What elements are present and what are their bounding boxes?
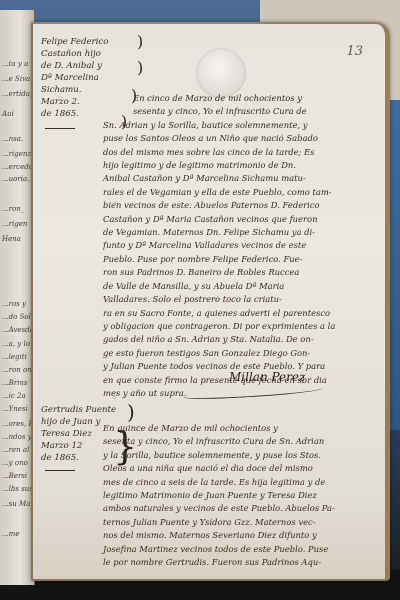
entry-line: gados del niño a Sn. Adrian y Sta. Natal…: [103, 333, 373, 346]
left-page-fragment: ...nsa.: [2, 135, 23, 143]
entry-line: ge esto fueron testigos San Gonzalez Die…: [103, 347, 373, 360]
bracket-mark-icon: ): [127, 400, 135, 424]
margin-note-line: Gertrudis Puente: [41, 404, 136, 416]
entry-line: dos del mismo mes sobre las cinco de la …: [103, 146, 373, 159]
entry-line: y obligacion que contrageron. Di por exp…: [103, 320, 373, 333]
page-number: 13: [346, 44, 363, 59]
left-page-fragment: ...ren al: [2, 446, 29, 454]
left-page-fragment: ...y ono: [2, 459, 28, 467]
entry-line: Anibal Castañon y Dª Marcelina Sichamu m…: [103, 172, 373, 185]
left-page-fragment: ...ron on: [2, 366, 32, 374]
entry-line: Valladares. Solo el postrero toco la cri…: [103, 293, 373, 306]
entry-line: bien vecinos de este. Abuelos Paternos D…: [103, 199, 373, 212]
entry-line: ron sus Padrinos D. Baneiro de Robles Ru…: [103, 266, 373, 279]
entry-line: sesenta y cinco, Yo el infrascrito Cura …: [103, 105, 373, 118]
left-page-fragment: ...su Ma: [2, 500, 30, 508]
entry-line: Josefina Martinez vecinos todos de este …: [103, 543, 373, 556]
left-page-fragment: ...uoria.: [2, 175, 29, 183]
left-page-fragment: ...legiti: [2, 353, 27, 361]
photo-scene: ...ta y a ...e Siva ...ertida, Aui ...ns…: [0, 0, 400, 600]
left-page-fragment: ...ertida,: [2, 90, 32, 98]
entry-line: y la Sorilla, bautice solemnemente, y pu…: [103, 449, 373, 462]
entry-line: de Vegamian. Maternos Dn. Felipe Sichamu…: [103, 226, 373, 239]
margin-note-line: Dª Marcelina: [41, 72, 136, 84]
margin-note-line: de D. Anibal y: [41, 60, 136, 72]
entry-line: ternos Julian Puente y Ysidora Gzz. Mate…: [103, 516, 373, 529]
left-page-fragment: ...ndos y: [2, 433, 32, 441]
embossed-seal-icon: [196, 48, 246, 98]
entry-line: Castañon y Dª Maria Castañon vecinos que…: [103, 213, 373, 226]
entry-line: mes de cinco a seis de la tarde. Es hija…: [103, 476, 373, 489]
bracket-mark-icon: ): [137, 58, 143, 77]
left-page-fragment: ...ros y: [2, 300, 26, 308]
left-page-fragment: ...Ynesi: [2, 405, 28, 413]
left-page-fragment: ...rigenz: [2, 150, 31, 158]
entry-line: funto y Dª Marcelina Valladares vecinos …: [103, 239, 373, 252]
entry-line: nos del mismo. Maternos Severiano Diez d…: [103, 529, 373, 542]
entry-line: sesenta y cinco, Yo el infrascrito Cura …: [103, 435, 373, 448]
entry-line: legitimo Matrimonio de Juan Puente y Ter…: [103, 489, 373, 502]
entry-line: ra en su Sacro Fonte, a quienes adverti …: [103, 307, 373, 320]
margin-underline: [45, 470, 75, 471]
register-page: 13 Felipe Federico Castañon hijo de D. A…: [31, 22, 390, 581]
entry-line: rales el de Vegamian y ella de este Pueb…: [103, 186, 373, 199]
entry-line: Pueblo. Puse por nombre Felipe Federico.…: [103, 253, 373, 266]
left-page-fragment: ...do Soli: [2, 313, 33, 321]
left-facing-page: ...ta y a ...e Siva ...ertida, Aui ...ns…: [0, 10, 35, 585]
left-page-fragment: ...Brins: [2, 379, 28, 387]
left-page-fragment: ...ta y a: [2, 60, 28, 68]
entry-line: ambos naturales y vecinos de este Pueblo…: [103, 502, 373, 515]
margin-note-line: Castañon hijo: [41, 48, 136, 60]
left-page-fragment: ...Avesda: [2, 326, 34, 334]
priest-signature: Millan Perez: [229, 370, 305, 384]
margin-note-line: Felipe Federico: [41, 36, 136, 48]
left-page-fragment: ...ron_: [2, 205, 24, 213]
margin-underline: [45, 128, 75, 129]
entry-line: le por nombre Gertrudis. Fueron sus Padr…: [103, 556, 373, 569]
entry-line: En cinco de Marzo de mil ochocientos y: [103, 92, 373, 105]
left-page-fragment: ...e Siva: [2, 75, 30, 83]
left-page-fragment: Hena: [2, 235, 21, 243]
entry-line: puse los Santos Oleos a un Niño que naci…: [103, 132, 373, 145]
left-page-fragment: ...Bersi: [2, 472, 27, 480]
entry-line: de Valle de Mansilla, y su Abuela Dª Mar…: [103, 280, 373, 293]
left-page-fragment: ...lbs sus: [2, 485, 33, 493]
left-page-fragment: ...a, y lo: [2, 340, 30, 348]
entry-line: Sn. Adrian y la Sorilla, bautice solemne…: [103, 119, 373, 132]
left-page-fragment: Aui: [2, 110, 14, 118]
entry-2-body: En quince de Marzo de mil ochocientos y …: [103, 422, 373, 569]
entry-1-body: En cinco de Marzo de mil ochocientos y s…: [103, 92, 373, 400]
left-page-fragment: ...ic 2a: [2, 392, 26, 400]
left-page-fragment: ...rigen: [2, 220, 27, 228]
left-page-fragment: ...me: [2, 530, 19, 538]
entry-line: hijo legitimo y de legitimo matrimonio d…: [103, 159, 373, 172]
bracket-mark-icon: ): [137, 32, 143, 51]
entry-line: En quince de Marzo de mil ochocientos y: [103, 422, 373, 435]
entry-line: Oleos a una niña que nació el dia doce d…: [103, 462, 373, 475]
